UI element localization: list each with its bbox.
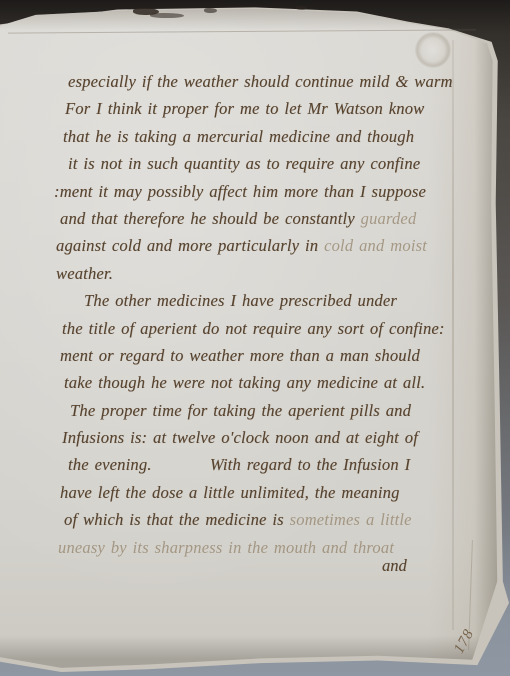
manuscript-photo: especially if the weather should continu… — [0, 0, 510, 676]
manuscript-text-segment: it is not in such quantity as to require… — [68, 154, 420, 173]
manuscript-line: take though he were not taking any medic… — [64, 373, 494, 400]
manuscript-line: Infusions is: at twelve o'clock noon and… — [62, 428, 494, 455]
manuscript-text-segment: the evening. With regard to the Infusion… — [68, 455, 410, 474]
manuscript-text-segment: The other medicines I have prescribed un… — [84, 291, 397, 310]
manuscript-text-segment: uneasy by its sharpness in the mouth and… — [58, 538, 394, 557]
manuscript-text-segment: especially if the weather should continu… — [68, 72, 453, 91]
manuscript-text-segment: ment or regard to weather more than a ma… — [60, 346, 420, 365]
manuscript-line: it is not in such quantity as to require… — [68, 154, 494, 181]
manuscript-line: and that therefore he should be constant… — [60, 209, 494, 236]
manuscript-text-segment: of which is that the medicine is — [64, 510, 290, 529]
edge-stain — [204, 8, 217, 13]
manuscript-line: the evening. With regard to the Infusion… — [68, 455, 494, 482]
manuscript-line: :ment it may possibly affect him more th… — [54, 182, 494, 209]
manuscript-line: weather. — [56, 264, 494, 291]
manuscript-text-segment: Infusions is: at twelve o'clock noon and… — [62, 428, 418, 447]
catchword: and — [382, 556, 407, 576]
manuscript-line: especially if the weather should continu… — [68, 72, 494, 99]
manuscript-text-segment: :ment it may possibly affect him more th… — [54, 182, 426, 201]
manuscript-line: of which is that the medicine is sometim… — [64, 510, 494, 537]
manuscript-line: The proper time for taking the aperient … — [70, 401, 494, 428]
manuscript-line: ment or regard to weather more than a ma… — [60, 346, 494, 373]
manuscript-line: against cold and more particularly in co… — [56, 236, 494, 263]
manuscript-line: The other medicines I have prescribed un… — [84, 291, 494, 318]
manuscript-text-segment: take though he were not taking any medic… — [64, 373, 425, 392]
manuscript-text-segment: and that therefore he should be constant… — [60, 209, 361, 228]
manuscript-line: the title of aperient do not require any… — [62, 319, 494, 346]
edge-stain — [150, 13, 184, 18]
embossed-seal-icon — [415, 32, 451, 68]
manuscript-text-segment: sometimes a little — [290, 510, 412, 529]
edge-stain — [296, 6, 307, 10]
manuscript-text-segment: that he is taking a mercurial medicine a… — [63, 127, 414, 146]
manuscript-text-segment: For I think it proper for me to let Mr W… — [65, 99, 424, 118]
manuscript-text-segment: the title of aperient do not require any… — [62, 319, 445, 338]
manuscript-line: that he is taking a mercurial medicine a… — [63, 127, 494, 154]
manuscript-text-segment: weather. — [56, 264, 113, 283]
manuscript-lines: especially if the weather should continu… — [60, 72, 494, 565]
manuscript-text-segment: have left the dose a little unlimited, t… — [60, 483, 400, 502]
edge-stain — [424, 18, 464, 26]
manuscript-line: have left the dose a little unlimited, t… — [60, 483, 494, 510]
manuscript-text-segment: guarded — [361, 209, 417, 228]
manuscript-text-segment: against cold and more particularly in — [56, 236, 324, 255]
manuscript-text-segment: The proper time for taking the aperient … — [70, 401, 411, 420]
manuscript-line: For I think it proper for me to let Mr W… — [65, 99, 494, 126]
manuscript-line: uneasy by its sharpness in the mouth and… — [58, 538, 494, 565]
manuscript-text-segment: cold and moist — [324, 236, 427, 255]
